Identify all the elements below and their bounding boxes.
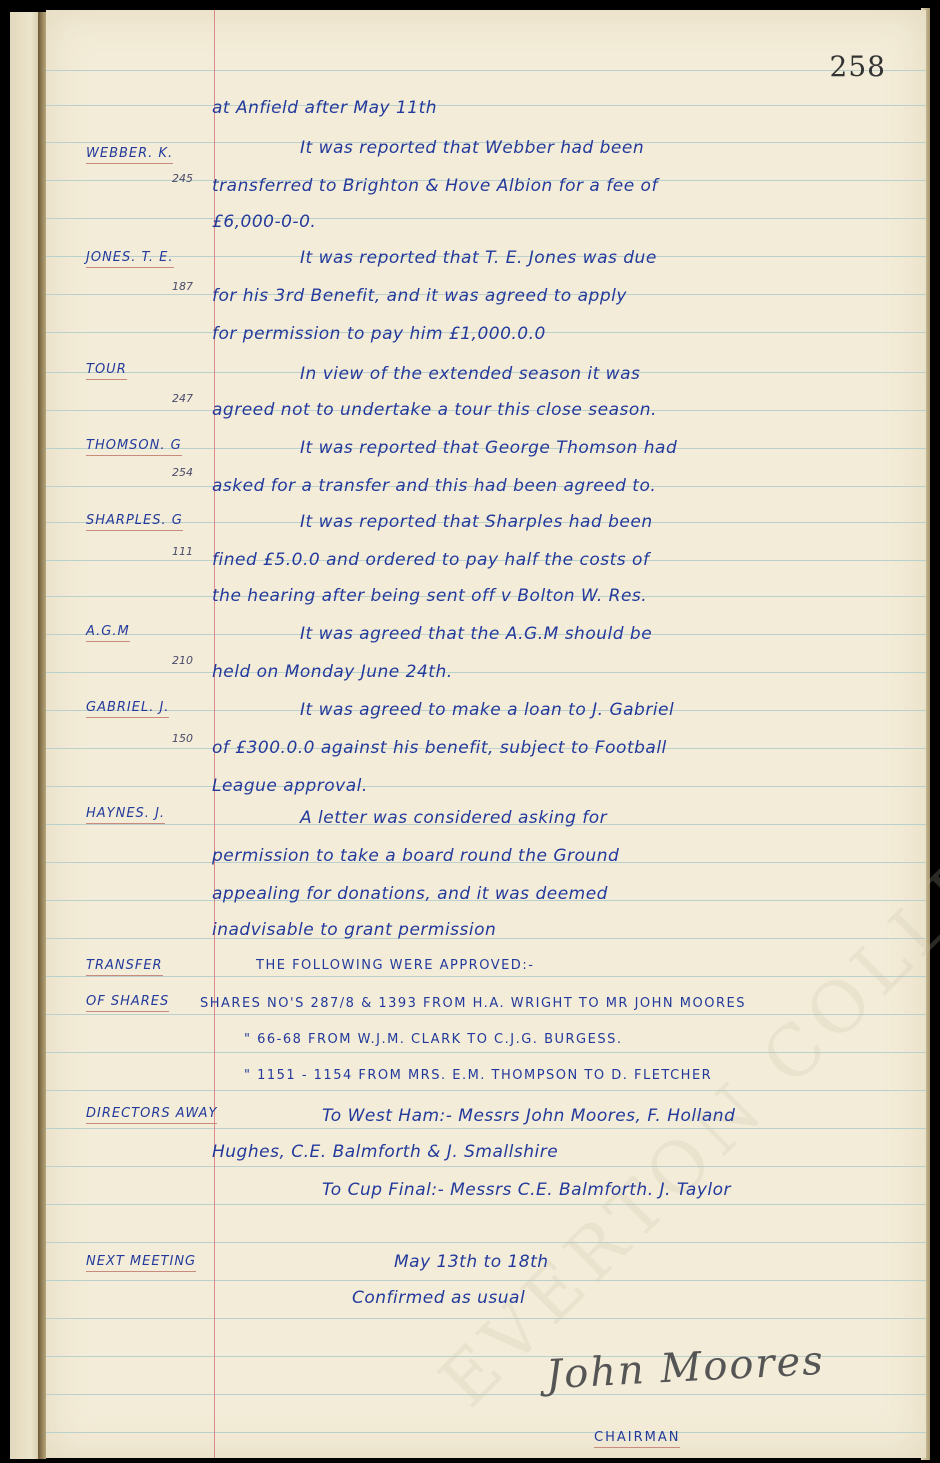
minutes-line: A letter was considered asking for xyxy=(300,808,607,828)
ledger-page: EVERTON COLLECTION CHARITABLE TRUST 258 … xyxy=(46,10,926,1458)
ruled-line xyxy=(46,1128,926,1129)
folio-reference: 245 xyxy=(172,172,193,185)
minutes-line: permission to take a board round the Gro… xyxy=(212,846,619,866)
margin-label: Next Meeting xyxy=(86,1254,196,1272)
minutes-line: League approval. xyxy=(212,776,368,796)
minutes-line: The following were approved:- xyxy=(256,958,534,973)
ruled-line xyxy=(46,1052,926,1053)
ruled-line xyxy=(46,1280,926,1281)
minutes-line: It was agreed that the A.G.M should be xyxy=(300,624,652,644)
minutes-line: To Cup Final:- Messrs C.E. Balmforth. J.… xyxy=(322,1180,731,1200)
margin-label: Webber. K. xyxy=(86,146,173,164)
minutes-line: In view of the extended season it was xyxy=(300,364,640,384)
ruled-line xyxy=(46,1014,926,1015)
minutes-line: It was reported that T. E. Jones was due xyxy=(300,248,657,268)
folio-reference: 210 xyxy=(172,654,193,667)
margin-label: Transfer xyxy=(86,958,163,976)
minutes-line: It was agreed to make a loan to J. Gabri… xyxy=(300,700,674,720)
margin-label: of Shares xyxy=(86,994,169,1012)
margin-label: Jones. T. E. xyxy=(86,250,174,268)
margin-label: Tour xyxy=(86,362,127,380)
minutes-line: appealing for donations, and it was deem… xyxy=(212,884,608,904)
minutes-line: inadvisable to grant permission xyxy=(212,920,496,940)
margin-label: Sharples. G xyxy=(86,513,183,531)
minutes-line: It was reported that Webber had been xyxy=(300,138,644,158)
margin-label: Gabriel. J. xyxy=(86,700,169,718)
minutes-line: asked for a transfer and this had been a… xyxy=(212,476,656,496)
minutes-line: " 1151 - 1154 From Mrs. E.M. Thompson to… xyxy=(244,1068,712,1083)
minutes-line: held on Monday June 24th. xyxy=(212,662,453,682)
minutes-line: To West Ham:- Messrs John Moores, F. Hol… xyxy=(322,1106,735,1126)
minutes-line: It was reported that Sharples had been xyxy=(300,512,653,532)
ruled-line xyxy=(46,1166,926,1167)
minutes-line: the hearing after being sent off v Bolto… xyxy=(212,586,647,606)
minutes-line: It was reported that George Thomson had xyxy=(300,438,677,458)
ruled-line xyxy=(46,218,926,219)
minutes-line: at Anfield after May 11th xyxy=(212,98,437,118)
margin-label: A.G.M xyxy=(86,624,130,642)
ruled-line xyxy=(46,70,926,71)
minutes-line: Confirmed as usual xyxy=(352,1288,525,1308)
page-number: 258 xyxy=(830,50,886,83)
signature-title: Chairman xyxy=(594,1430,680,1448)
minutes-line: of £300.0.0 against his benefit, subject… xyxy=(212,738,667,758)
folio-reference: 150 xyxy=(172,732,193,745)
margin-label: Thomson. G xyxy=(86,438,182,456)
minutes-line: fined £5.0.0 and ordered to pay half the… xyxy=(212,550,649,570)
ruled-line xyxy=(46,1318,926,1319)
ruled-line xyxy=(46,672,926,673)
folio-reference: 187 xyxy=(172,280,193,293)
folio-reference: 111 xyxy=(172,545,193,558)
ruled-line xyxy=(46,1242,926,1243)
folio-reference: 247 xyxy=(172,392,193,405)
folio-reference: 254 xyxy=(172,466,193,479)
minutes-line: transferred to Brighton & Hove Albion fo… xyxy=(212,176,658,196)
ruled-line xyxy=(46,1204,926,1205)
minutes-line: May 13th to 18th xyxy=(394,1252,549,1272)
minutes-line: for permission to pay him £1,000.0.0 xyxy=(212,324,546,344)
minutes-line: " 66-68 From W.J.M. Clark to C.J.G. Burg… xyxy=(244,1032,622,1047)
minutes-line: agreed not to undertake a tour this clos… xyxy=(212,400,657,420)
minutes-line: Hughes, C.E. Balmforth & J. Smallshire xyxy=(212,1142,558,1162)
minutes-line: for his 3rd Benefit, and it was agreed t… xyxy=(212,286,627,306)
chairman-signature: John Moores xyxy=(545,1338,826,1399)
margin-label: Directors Away xyxy=(86,1106,217,1124)
ruled-line xyxy=(46,1090,926,1091)
book-spine xyxy=(38,12,46,1459)
ruled-line xyxy=(46,1394,926,1395)
ruled-line xyxy=(46,1432,926,1433)
minutes-line: £6,000-0-0. xyxy=(212,212,316,232)
ruled-line xyxy=(46,976,926,977)
margin-label: Haynes. J. xyxy=(86,806,165,824)
ruled-line xyxy=(46,786,926,787)
ruled-line xyxy=(46,105,926,106)
minutes-line: Shares No's 287/8 & 1393 From H.A. Wrigh… xyxy=(200,996,746,1011)
